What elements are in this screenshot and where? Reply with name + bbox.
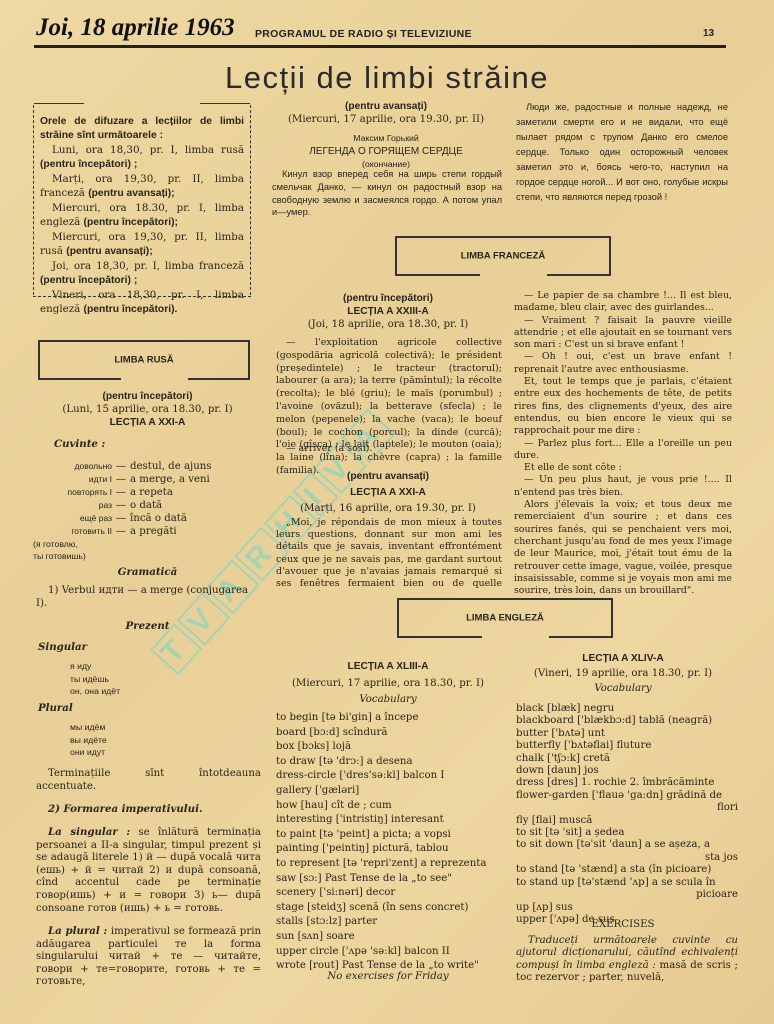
vocab-entry: to draw [tə 'drɔ:] a desena [276,755,486,770]
russian-word-list: довольно—destul, de ajunsидти I—a merge,… [20,460,260,538]
word-row: идти I—a merge, a veni [20,473,260,486]
box-corner-left [34,103,84,108]
issue-date: Joi, 18 aprilie 1963 [36,14,235,42]
romanian-translation: a repeta [130,486,173,499]
dash: — [112,460,130,473]
section-french: LIMBA FRANCEZĂ [395,236,611,276]
lesson-title: LECȚIA A XXI-A [272,486,504,499]
russian-advanced-header: (pentru avansați) (Miercuri, 17 aprilie,… [270,100,502,171]
page-title: Lecții de limbi străine [0,60,774,96]
vocab-entry: how [hau] cît de ; cum [276,799,486,814]
dash: — [112,525,130,538]
word-row: повторять I—a repeta [20,486,260,499]
vocab-entry: stage [steidʒ] scenă (în sens concret) [276,901,486,916]
vocab-entry: box [bɔks] lojă [276,740,486,755]
section-title: LIMBA RUSĂ [40,355,248,366]
vocab-entry-continued: picioare [516,889,738,901]
vocab-entry-continued: flori [516,802,738,814]
vocab-entry: gallery ['gæləri] [276,784,486,799]
vocab-entry: interesting ['intristiŋ] interesant [276,813,486,828]
plural-forms: мы идёмвы идётеони идут [70,721,107,759]
schedule-level: (pentru începători) ; [40,159,137,170]
level-label: (pentru începători) [30,390,265,403]
broadcast-time: (Miercuri, 17 aprilie, ora 18.30, pr. I) [272,677,504,690]
word-row: готовить II—a pregăti [20,525,260,538]
singular-label: Singular [38,641,87,654]
schedule-time: Luni, ora 18,30, pr. I, limba rusă [52,144,244,156]
level-label: (pentru avansați) [272,470,504,483]
vocab-entry: painting ['peintiŋ] pictură, tablou [276,842,486,857]
russian-word: повторять I [20,486,112,499]
vocab-entry: blackboard ['blækbɔ:d] tablă (neagră) [516,715,738,727]
lesson-title: LECȚIA A XXI-A [30,416,265,429]
plural-rule-label: La plural : [48,925,107,937]
vocab-entry: stalls [stɔ:lz] parter [276,915,486,930]
word-row: раз—o dată [20,499,260,512]
english-43-header: LECȚIA A XLIII-A (Miercuri, 17 aprilie, … [272,660,504,706]
paragraph: — Le papier de sa chambre !... Il est bl… [514,290,732,315]
no-exercises-note: No exercises for Friday [272,970,504,983]
present-label: Prezent [30,620,265,633]
dash: — [112,486,130,499]
schedule-item: Vineri, ora 18,30, pr. I, limba engleză … [40,289,244,316]
vocab-entry: to paint [tə 'peint] a picta; a vopsi [276,828,486,843]
level-label: (pentru avansați) [270,100,502,113]
vocab-entry: to represent [tə 'repri'zent] a reprezen… [276,857,486,872]
conjugation-form: мы идём [70,721,107,734]
vocab-entry: to stand up [tə'stænd 'ʌp] a se scula în [516,877,738,889]
schedule-item: Miercuri, ora 18.30, pr. I, limba englez… [40,202,244,229]
english-44-header: LECȚIA A XLIV-A (Vineri, 19 aprilie, ora… [514,652,732,695]
note-line: (я готовлю, [33,538,86,550]
russian-advanced-text1: Кинул взор вперед себя на ширь степи гор… [272,168,502,219]
exercises-text: Traduceți următoarele cuvinte cu ajutoru… [516,935,738,985]
romanian-translation: o dată [130,499,162,512]
russian-word: довольно [20,460,112,473]
russian-beginners-header: (pentru începători) (Luni, 15 aprilie, o… [30,390,265,429]
schedule-level: (pentru avansați); [88,188,174,199]
schedule-level: (pentru avansați); [66,246,152,257]
conjugation-form: он, она идёт [70,685,120,698]
russian-word: ещё раз [20,512,112,525]
section-title: LIMBA ENGLEZĂ [399,613,611,624]
vocab-entry: board [bɔ:d] scîndură [276,726,486,741]
russian-advanced-text2: Люди же, радостные и полные надежд, не з… [516,100,728,205]
english-43-vocab: to begin [tə bi'gin] a începeboard [bɔ:d… [276,711,486,974]
header-rule [34,45,726,48]
section-english: LIMBA ENGLEZĂ [397,598,613,638]
words-label: Cuvinte : [54,438,105,451]
conjugation-form: ты идёшь [70,673,120,686]
vocab-entry: to begin [tə bi'gin] a începe [276,711,486,726]
level-label: (pentru începători) [272,292,504,305]
vocab-entry: flower-garden ['flauə 'ga:dn] grădină de [516,790,738,802]
vocab-entry: dress-circle ['dres'sə:kl] balcon I [276,769,486,784]
words-note: (я готовлю,ты готовишь) [33,538,86,562]
vocabulary-label: Vocabulary [272,693,504,706]
broadcast-time: (Marți, 16 aprilie, ora 19.30, pr. I) [272,502,504,515]
section-russian: LIMBA RUSĂ [38,340,250,380]
author: Максим Горький [270,132,502,145]
vocab-entry: up [ʌp] sus [516,902,738,914]
schedule-item: Luni, ora 18,30, pr. I, limba rusă (pent… [40,144,244,171]
french-beginners-vocab: — l'exploitation agricole collective (go… [276,337,502,478]
schedule-time: Joi, ora 18,30, pr. I, limba franceză [52,260,244,272]
vocab-entry: upper circle ['ʌpə 'sə:kl] balcon II [276,945,486,960]
grammar-label: Gramatică [30,566,265,579]
romanian-translation: a pregăti [130,525,177,538]
schedule-item: Miercuri, ora 19,30, pr. II, limba rusă … [40,231,244,258]
vocab-entry: dress [dres] 1. rochie 2. îmbrăcăminte [516,777,738,789]
schedule-box: Orele de difuzare a lecțiilor de limbi s… [33,105,251,295]
vocab-entry: sun [sʌn] soare [276,930,486,945]
imperative-singular: La singular : se înlătură terminația per… [36,826,261,915]
french-beginners-header: (pentru începători) LECȚIA A XXIII-A (Jo… [272,292,504,331]
singular-rule-text: se înlătură terminația persoanei a II-a … [36,827,261,914]
russian-word: идти I [20,473,112,486]
vocab-entry: to sit down [tə'sit 'daun] a se așeza, a [516,839,738,851]
vocab-entry: to sit [tə 'sit] a ședea [516,827,738,839]
french-advanced-header: (pentru avansați) LECȚIA A XXI-A (Marți,… [272,470,504,515]
vocab-entry: chalk ['tʃɔ:k] cretă [516,753,738,765]
publication-name: PROGRAMUL DE RADIO ȘI TELEVIZIUNE [255,28,472,40]
dash: — [112,512,130,525]
dash: — [112,499,130,512]
broadcast-time: (Luni, 15 aprilie, ora 18.30, pr. I) [30,403,265,416]
french-advanced-text: „Moi, je répondais de mon mieux à toutes… [276,517,502,591]
vocab-entry: butterfly ['bʌtəflai] fluture [516,740,738,752]
schedule-level: (pentru începători). [84,304,178,315]
schedule-heading: Orele de difuzare a lecțiilor de limbi s… [40,115,244,142]
vocab-entry: butter ['bʌtə] unt [516,728,738,740]
french-advanced-continued: — Le papier de sa chambre !... Il est bl… [514,290,732,597]
singular-forms: я идуты идёшьон, она идёт [70,660,120,698]
schedule-list: Luni, ora 18,30, pr. I, limba rusă (pent… [40,144,244,316]
vocab-entry: black [blæk] negru [516,703,738,715]
vocab-entry: down [daun] jos [516,765,738,777]
plural-label: Plural [38,702,73,715]
page-number: 13 [703,28,714,39]
romanian-translation: a merge, a veni [130,473,210,486]
vocab-entry-continued: sta jos [516,852,738,864]
word-row: ещё раз—încă o dată [20,512,260,525]
broadcast-time: (Joi, 18 aprilie, ora 18.30, pr. I) [272,318,504,331]
dash: — [112,473,130,486]
work-title: ЛЕГЕНДА О ГОРЯЩЕМ СЕРДЦЕ [270,145,502,158]
note-line: ты готовишь) [33,550,86,562]
word-row: довольно—destul, de ajuns [20,460,260,473]
conjugation-form: я иду [70,660,120,673]
section-title: LIMBA FRANCEZĂ [397,251,609,262]
schedule-level: (pentru începători); [84,217,178,228]
lesson-title: LECȚIA A XXIII-A [272,305,504,318]
french-beginners-verb: — arriver (a sosi). [286,442,372,455]
schedule-item: Marți, ora 19,30, pr. II, limba franceză… [40,173,244,200]
lesson-title: LECȚIA A XLIII-A [272,660,504,673]
russian-word: готовить II [20,525,112,538]
paragraph: Et elle de sont côte : [514,462,732,474]
schedule-level: (pentru începători) ; [40,275,137,286]
schedule-item: Joi, ora 18,30, pr. I, limba franceză (p… [40,260,244,287]
vocab-entry: to stand [tə 'stænd] a sta (în picioare) [516,864,738,876]
paragraph: Alors j'élevais la voix; et tous deux me… [514,499,732,597]
romanian-translation: destul, de ajuns [130,460,212,473]
conjugation-form: они идут [70,746,107,759]
broadcast-time: (Miercuri, 17 aprilie, ora 19.30, pr. II… [270,113,502,126]
broadcast-time: (Vineri, 19 aprilie, ora 18.30, pr. I) [514,667,732,680]
paragraph: — Oh ! oui, c'est un brave enfant ! repr… [514,351,732,376]
paragraph: — Un peu plus haut, je vous prie !.... I… [514,474,732,499]
english-44-vocab: black [blæk] negrublackboard ['blækbɔ:d]… [516,703,738,926]
lesson-title: LECȚIA A XLIV-A [514,652,732,665]
romanian-translation: încă o dată [130,512,187,525]
paragraph: — Parlez plus fort... Elle a l'oreille u… [514,438,732,463]
newspaper-page: Joi, 18 aprilie 1963 PROGRAMUL DE RADIO … [0,0,774,1024]
russian-word: раз [20,499,112,512]
singular-rule-label: La singular : [48,826,130,838]
imperative-label: 2) Formarea imperativului. [48,803,203,816]
conjugation-form: вы идёте [70,734,107,747]
exercises-label: EXERCISES [514,918,732,931]
imperative-plural: La plural : imperativul se formează prin… [36,925,261,989]
paragraph: — Vraiment ? faisait la pauvre vieille a… [514,315,732,352]
vocab-entry: saw [sɔ:] Past Tense de la „to see" [276,872,486,887]
endings-note: Terminațiile sînt întotdeauna accentuate… [36,767,261,793]
paragraph: Et, tout le temps que je parlais, c'étai… [514,376,732,437]
vocab-entry: fly [flai] muscă [516,815,738,827]
vocab-entry: scenery ['si:nəri] decor [276,886,486,901]
vocabulary-label: Vocabulary [514,682,732,695]
box-corner-right [200,103,250,108]
schedule-box-bottom [33,296,251,297]
verb-line: 1) Verbul идти — a merge (conjugarea I). [36,584,261,610]
